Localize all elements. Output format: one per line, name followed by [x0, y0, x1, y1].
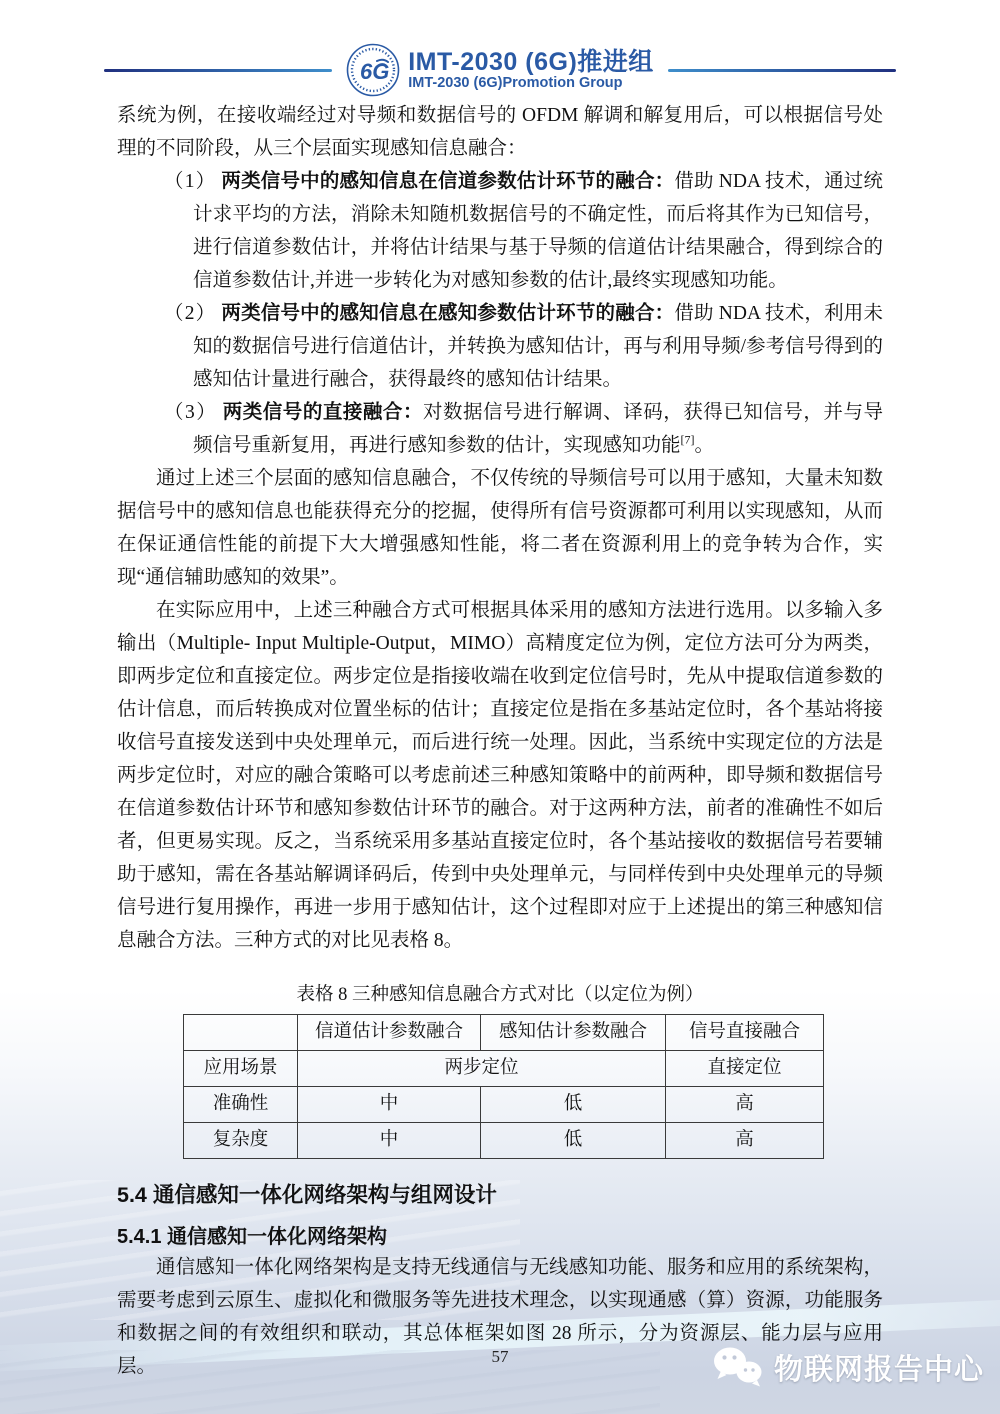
paragraph-fusion-benefits: 通过上述三个层面的感知信息融合，不仅传统的导频信号可以用于感知，大量未知数据信号…: [117, 462, 883, 594]
table-row-scenario: 应用场景 两步定位 直接定位: [184, 1051, 824, 1087]
cell-accuracy-2: 低: [481, 1087, 666, 1123]
cell-complexity-1: 中: [298, 1123, 481, 1159]
watermark-text: 物联网报告中心: [774, 1347, 984, 1388]
svg-text:6G: 6G: [360, 59, 389, 84]
citation-7: [7]: [681, 433, 695, 447]
watermark-badge: 物联网报告中心: [712, 1344, 984, 1390]
table-header-col1: 信道估计参数融合: [298, 1015, 481, 1051]
row-label-complexity: 复杂度: [184, 1123, 298, 1159]
paragraph-application: 在实际应用中，上述三种融合方式可根据具体采用的感知方法进行选用。以多输入多输出（…: [117, 594, 883, 957]
section-heading-5-4-1: 5.4.1 通信感知一体化网络架构: [117, 1223, 883, 1251]
table-caption: 表格 8 三种感知信息融合方式对比（以定位为例）: [117, 982, 883, 1008]
org-logo-block: 6G IMT-2030 (6G)推进组 IMT-2030 (6G)Promoti…: [346, 43, 654, 97]
6g-badge-icon: 6G: [346, 43, 400, 97]
list-item-1: （1） 两类信号中的感知信息在信道参数估计环节的融合：借助 NDA 技术，通过统…: [117, 165, 883, 297]
list-item-3: （3） 两类信号的直接融合：对数据信号进行解调、译码，获得已知信号，并与导频信号…: [117, 396, 883, 462]
list-item-3-tail: 。: [695, 435, 715, 456]
table-header-col3: 信号直接融合: [666, 1015, 824, 1051]
document-body: 系统为例，在接收端经过对导频和数据信号的 OFDM 解调和解复用后，可以根据信号…: [117, 99, 883, 1383]
row-label-scenario: 应用场景: [184, 1051, 298, 1087]
list-item-3-lead: 两类信号的直接融合：: [223, 401, 423, 423]
list-item-1-lead: 两类信号中的感知信息在信道参数估计环节的融合：: [221, 170, 674, 192]
table-row-complexity: 复杂度 中 低 高: [184, 1123, 824, 1159]
list-item-2-number: （2）: [164, 303, 216, 324]
list-item-1-number: （1）: [164, 171, 216, 192]
fusion-comparison-table: 信道估计参数融合 感知估计参数融合 信号直接融合 应用场景 两步定位 直接定位 …: [183, 1014, 824, 1159]
list-item-2-lead: 两类信号中的感知信息在感知参数估计环节的融合：: [221, 302, 674, 324]
cell-complexity-3: 高: [666, 1123, 824, 1159]
table-header-row: 信道估计参数融合 感知估计参数融合 信号直接融合: [184, 1015, 824, 1051]
wechat-bubbles-icon: [712, 1344, 764, 1390]
section-heading-5-4: 5.4 通信感知一体化网络架构与组网设计: [117, 1180, 883, 1210]
cell-complexity-2: 低: [481, 1123, 666, 1159]
org-title: IMT-2030 (6G)推进组: [408, 49, 654, 75]
cell-accuracy-3: 高: [666, 1087, 824, 1123]
table-row-accuracy: 准确性 中 低 高: [184, 1087, 824, 1123]
row-label-accuracy: 准确性: [184, 1087, 298, 1123]
list-item-3-number: （3）: [164, 402, 217, 423]
org-subtitle: IMT-2030 (6G)Promotion Group: [408, 76, 654, 91]
list-item-2: （2） 两类信号中的感知信息在感知参数估计环节的融合：借助 NDA 技术，利用未…: [117, 297, 883, 396]
page-header: 6G IMT-2030 (6G)推进组 IMT-2030 (6G)Promoti…: [0, 38, 1000, 102]
table-header-empty: [184, 1015, 298, 1051]
cell-accuracy-1: 中: [298, 1087, 481, 1123]
cell-two-step-positioning: 两步定位: [298, 1051, 666, 1087]
table-header-col2: 感知估计参数融合: [481, 1015, 666, 1051]
header-rule-left: [104, 69, 332, 72]
cell-direct-positioning: 直接定位: [666, 1051, 824, 1087]
document-page: 6G IMT-2030 (6G)推进组 IMT-2030 (6G)Promoti…: [0, 0, 1000, 1414]
header-rule-right: [668, 69, 896, 72]
paragraph-intro: 系统为例，在接收端经过对导频和数据信号的 OFDM 解调和解复用后，可以根据信号…: [117, 99, 883, 165]
